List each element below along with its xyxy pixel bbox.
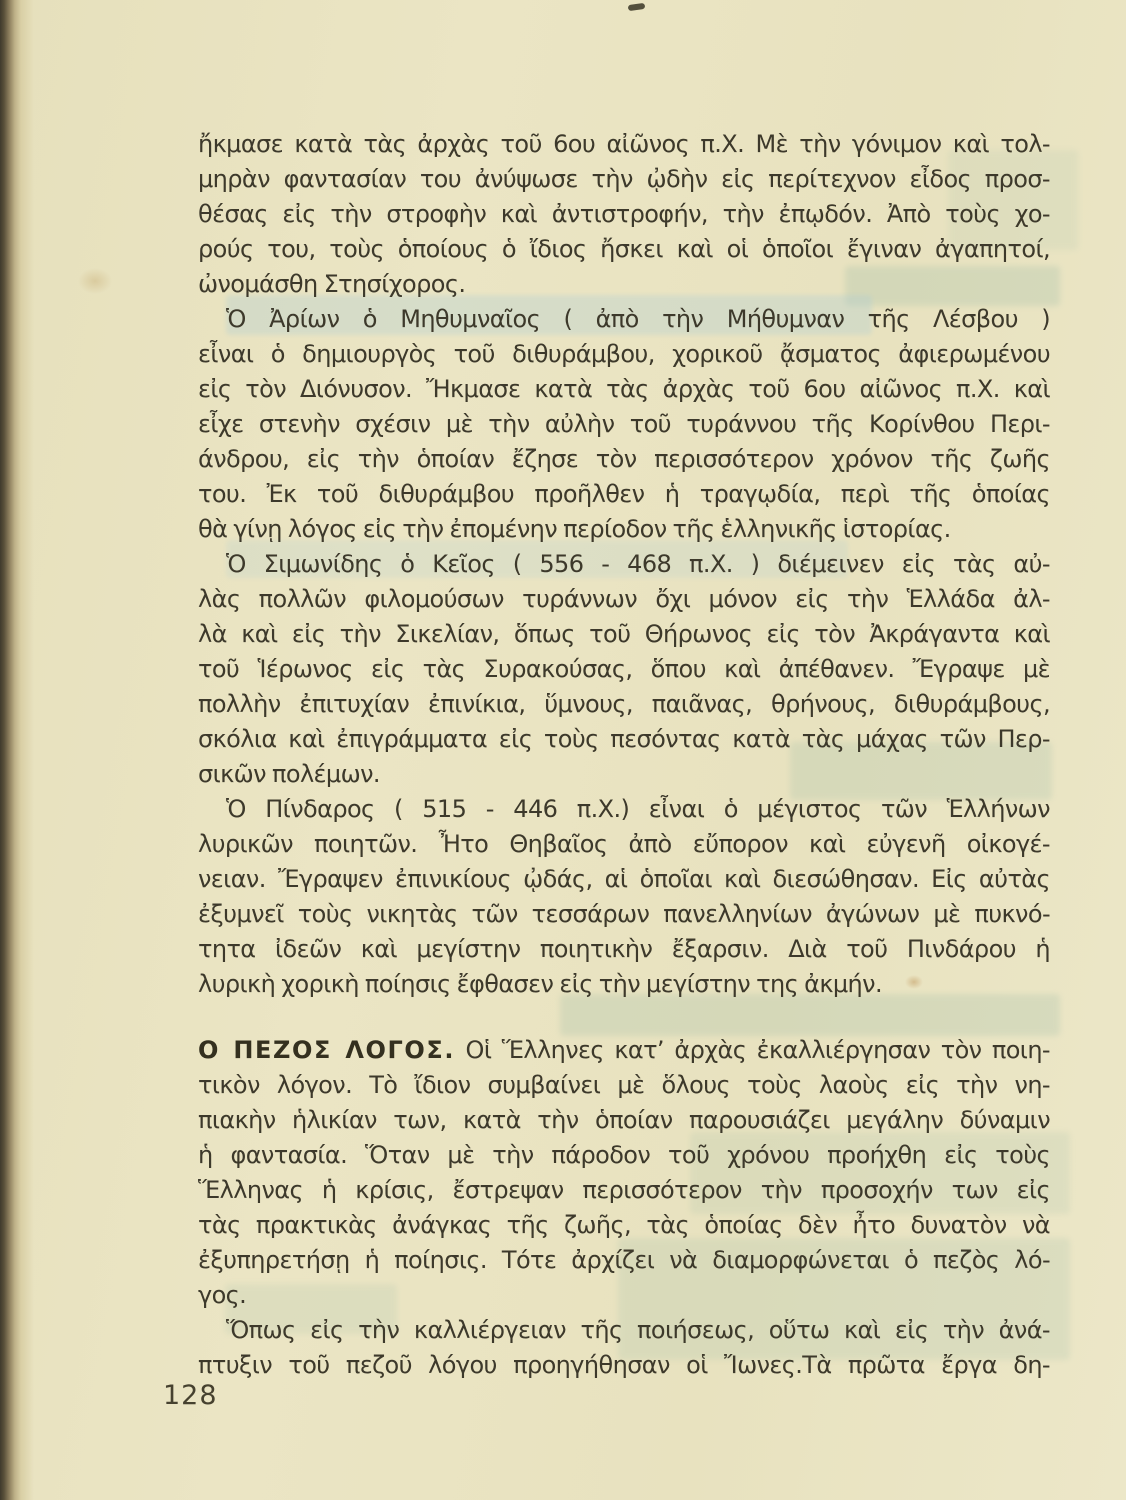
text-line: τοῦ Ἱέρωνος εἰς τὰς Συρακούσας, ὅπου καὶ… (198, 652, 1050, 687)
text-line: εἶχε στενὴν σχέσιν μὲ τὴν αὐλὴν τοῦ τυρά… (198, 407, 1050, 442)
text-line: μηρὰν φαντασίαν του ἀνύψωσε τὴν ᾠδὴν εἰς… (198, 162, 1050, 197)
paragraph: Ὁ Ἀρίων ὁ Μηθυμναῖος ( ἀπὸ τὴν Μήθυμναν … (198, 302, 1050, 547)
text-line: του. Ἐκ τοῦ διθυράμβου προῆλθεν ἡ τραγῳδ… (198, 477, 1050, 512)
text-line: πολλὴν ἐπιτυχίαν ἐπινίκια, ὕμνους, παιᾶν… (198, 687, 1050, 722)
text-line: εἶναι ὁ δημιουργὸς τοῦ διθυράμβου, χορικ… (198, 337, 1050, 372)
text-line: λυρικῶν ποιητῶν. Ἦτο Θηβαῖος ἀπὸ εὔπορον… (198, 827, 1050, 862)
text-line: Ὁ Ἀρίων ὁ Μηθυμναῖος ( ἀπὸ τὴν Μήθυμναν … (198, 302, 1050, 337)
text-block: ἤκμασε κατὰ τὰς ἀρχὰς τοῦ 6ου αἰῶνος π.Χ… (198, 127, 1050, 1383)
text-line: νειαν. Ἔγραψεν ἐπινικίους ᾠδάς, αἱ ὁποῖα… (198, 862, 1050, 897)
text-line: εἰς τὸν Διόνυσον. Ἤκμασε κατὰ τὰς ἀρχὰς … (198, 372, 1050, 407)
text-line: πτυξιν τοῦ πεζοῦ λόγου προηγήθησαν οἱ Ἴω… (198, 1348, 1050, 1383)
text-line: θὰ γίνῃ λόγος εἰς τὴν ἐπομένην περίοδον … (198, 512, 1050, 547)
paragraph: Ὁ Πίνδαρος ( 515 - 446 π.Χ.) εἶναι ὁ μέγ… (198, 792, 1050, 1002)
text-line: ὠνομάσθη Στησίχορος. (198, 267, 1050, 302)
text-line: λὰ καὶ εἰς τὴν Σικελίαν, ὅπως τοῦ Θήρωνο… (198, 617, 1050, 652)
text-line-content: Οἱ Ἕλληνες κατ’ ἀρχὰς ἐκαλλιέργησαν τὸν … (466, 1036, 1050, 1064)
text-line: ἡ φαντασία. Ὅταν μὲ τὴν πάροδον τοῦ χρόν… (198, 1138, 1050, 1173)
text-line: θέσας εἰς τὴν στροφὴν καὶ ἀντιστροφήν, τ… (198, 197, 1050, 232)
spine-shadow (0, 0, 34, 1500)
text-line: τὰς πρακτικὰς ἀνάγκας τῆς ζωῆς, τὰς ὁποί… (198, 1208, 1050, 1243)
text-line: άνδρου, εἰς τὴν ὁποίαν ἔζησε τὸν περισσό… (198, 442, 1050, 477)
paragraph: Ο ΠΕΖΟΣ ΛΟΓΟΣ. Οἱ Ἕλληνες κατ’ ἀρχὰς ἐκα… (198, 1033, 1050, 1313)
text-line: λυρικὴ χορικὴ ποίησις ἔφθασεν εἰς τὴν με… (198, 967, 1050, 1002)
text-line: τικὸν λόγον. Τὸ ἴδιον συμβαίνει μὲ ὅλους… (198, 1068, 1050, 1103)
text-line: σικῶν πολέμων. (198, 757, 1050, 792)
book-page-scan: ἤκμασε κατὰ τὰς ἀρχὰς τοῦ 6ου αἰῶνος π.Χ… (0, 0, 1126, 1500)
ink-speck (628, 3, 646, 11)
page-number: 128 (163, 1380, 218, 1411)
paper-stain (78, 268, 112, 294)
text-line: Ὁ Πίνδαρος ( 515 - 446 π.Χ.) εἶναι ὁ μέγ… (198, 792, 1050, 827)
text-line: ἤκμασε κατὰ τὰς ἀρχὰς τοῦ 6ου αἰῶνος π.Χ… (198, 127, 1050, 162)
section-heading: Ο ΠΕΖΟΣ ΛΟΓΟΣ. (198, 1036, 455, 1064)
text-line: Ἕλληνας ἡ κρίσις, ἔστρεψαν περισσότερον … (198, 1173, 1050, 1208)
text-line: πιακὴν ἡλικίαν των, κατὰ τὴν ὁποίαν παρο… (198, 1103, 1050, 1138)
text-line: Ὁ Σιμωνίδης ὁ Κεῖος ( 556 - 468 π.Χ. ) δ… (198, 547, 1050, 582)
text-line: σκόλια καὶ ἐπιγράμματα εἰς τοὺς πεσόντας… (198, 722, 1050, 757)
text-line: ἐξυμνεῖ τοὺς νικητὰς τῶν τεσσάρων πανελλ… (198, 897, 1050, 932)
paragraph: Ὅπως εἰς τὴν καλλιέργειαν τῆς ποιήσεως, … (198, 1313, 1050, 1383)
text-line: Ὅπως εἰς τὴν καλλιέργειαν τῆς ποιήσεως, … (198, 1313, 1050, 1348)
text-line: γος. (198, 1278, 1050, 1313)
text-line: ρούς του, τοὺς ὁποίους ὁ ἴδιος ἤσκει καὶ… (198, 232, 1050, 267)
paragraph: ἤκμασε κατὰ τὰς ἀρχὰς τοῦ 6ου αἰῶνος π.Χ… (198, 127, 1050, 302)
text-line: λὰς πολλῶν φιλομούσων τυράννων ὄχι μόνον… (198, 582, 1050, 617)
text-line: τητα ἰδεῶν καὶ μεγίστην ποιητικὴν ἔξαρσι… (198, 932, 1050, 967)
paragraph: Ὁ Σιμωνίδης ὁ Κεῖος ( 556 - 468 π.Χ. ) δ… (198, 547, 1050, 792)
text-line: Ο ΠΕΖΟΣ ΛΟΓΟΣ. Οἱ Ἕλληνες κατ’ ἀρχὰς ἐκα… (198, 1033, 1050, 1068)
text-line: ἐξυπηρετήσῃ ἡ ποίησις. Τότε ἀρχίζει νὰ δ… (198, 1243, 1050, 1278)
